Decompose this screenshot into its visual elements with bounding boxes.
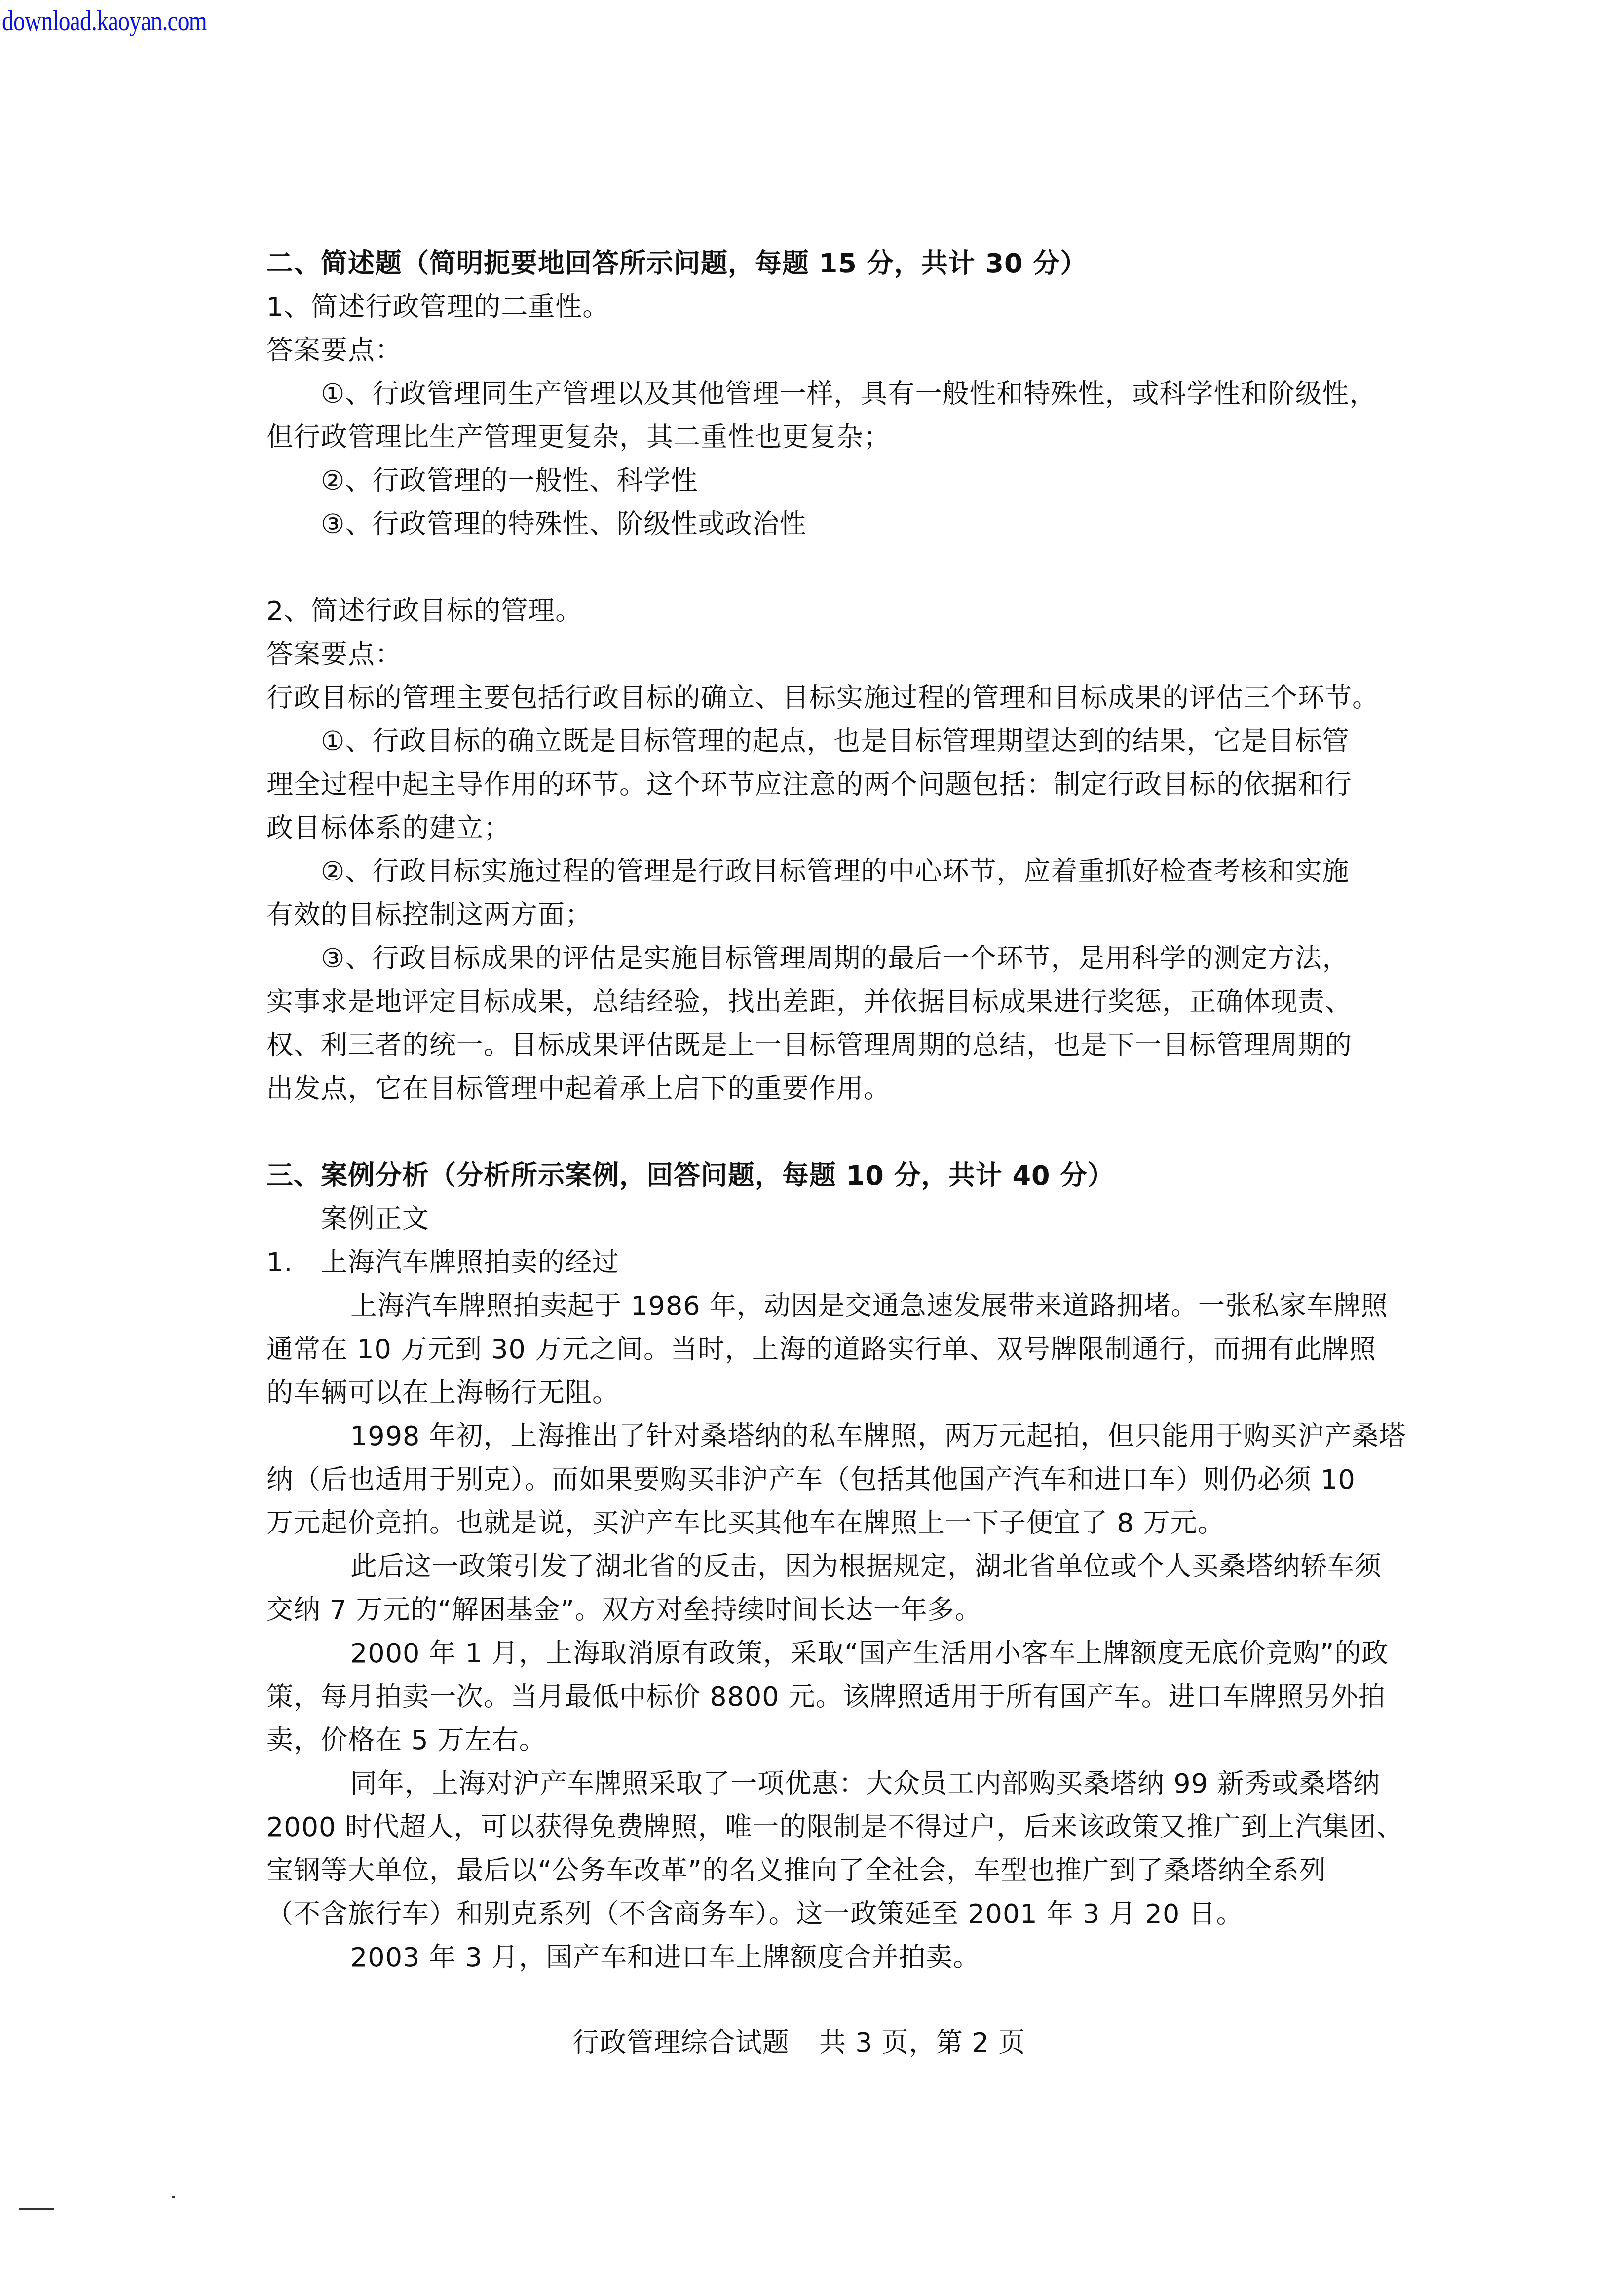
case-paragraph-line: （不含旅行车）和别克系列（不含商务车）。这一政策延至 2001 年 3 月 20… (266, 1892, 1471, 1936)
case-paragraph-line: 卖，价格在 5 万左右。 (266, 1719, 1471, 1762)
q2-title: 2、简述行政目标的管理。 (266, 589, 1471, 633)
case-paragraph-line: 策，每月拍卖一次。当月最低中标价 8800 元。该牌照适用于所有国产车。进口车牌… (266, 1675, 1471, 1719)
q1-title: 1、简述行政管理的二重性。 (266, 285, 1471, 329)
scan-artifact-line (19, 2208, 54, 2210)
exam-page: 二、简述题（简明扼要地回答所示问题，每题 15 分，共计 30 分） 1、简述行… (266, 242, 1471, 1979)
q1-point-1-cont: 但行政管理比生产管理更复杂，其二重性也更复杂； (266, 416, 1471, 459)
q2-point3-line: 权、利三者的统一。目标成果评估既是上一目标管理周期的总结，也是下一目标管理周期的 (266, 1024, 1471, 1067)
case-paragraph-line: 宝钢等大单位，最后以“公务车改革”的名义推向了全社会，车型也推广到了桑塔纳全系列 (266, 1849, 1471, 1892)
case1-title: 上海汽车牌照拍卖的经过 (321, 1247, 619, 1278)
q2-point3-line: ③、行政目标成果的评估是实施目标管理周期的最后一个环节，是用科学的测定方法， (266, 937, 1471, 980)
q2-point3-line: 出发点，它在目标管理中起着承上启下的重要作用。 (266, 1067, 1471, 1110)
case-paragraph-line: 2000 年 1 月，上海取消原有政策，采取“国产生活用小客车上牌额度无底价竞购… (266, 1632, 1471, 1675)
q2-point3-line: 实事求是地评定目标成果，总结经验，找出差距，并依据目标成果进行奖惩，正确体现责、 (266, 980, 1471, 1024)
case-paragraph-line: 万元起价竞拍。也就是说，买沪产车比买其他车在牌照上一下子便宜了 8 万元。 (266, 1501, 1471, 1545)
q2-point2-line: 有效的目标控制这两方面； (266, 893, 1471, 937)
q1-answer-label: 答案要点： (266, 329, 1471, 372)
q1-point-1: ①、行政管理同生产管理以及其他管理一样，具有一般性和特殊性，或科学性和阶级性， (266, 372, 1471, 416)
footer-title: 行政管理综合试题 (572, 2027, 790, 2058)
case-paragraph-line: 同年，上海对沪产车牌照采取了一项优惠：大众员工内部购买桑塔纳 99 新秀或桑塔纳 (266, 1762, 1471, 1805)
q1-point-2: ②、行政管理的一般性、科学性 (266, 459, 1471, 502)
footer-page-count: 共 3 页，第 2 页 (819, 2027, 1025, 2058)
case-paragraph-line: 的车辆可以在上海畅行无阻。 (266, 1371, 1471, 1415)
scan-artifact-dot (172, 2196, 175, 2198)
q2-point1-line: 理全过程中起主导作用的环节。这个环节应注意的两个问题包括：制定行政目标的依据和行 (266, 763, 1471, 806)
case-label: 案例正文 (266, 1197, 1471, 1241)
case-paragraph-line: 2003 年 3 月，国产车和进口车上牌额度合并拍卖。 (266, 1936, 1471, 1979)
case-paragraph-line: 2000 时代超人，可以获得免费牌照，唯一的限制是不得过户，后来该政策又推广到上… (266, 1805, 1471, 1849)
q2-intro: 行政目标的管理主要包括行政目标的确立、目标实施过程的管理和目标成果的评估三个环节… (266, 676, 1471, 720)
q2-point2-line: ②、行政目标实施过程的管理是行政目标管理的中心环节，应着重抓好检查考核和实施 (266, 850, 1471, 893)
q2-point1-line: ①、行政目标的确立既是目标管理的起点，也是目标管理期望达到的结果，它是目标管 (266, 720, 1471, 763)
case-paragraph-line: 通常在 10 万元到 30 万元之间。当时，上海的道路实行单、双号牌限制通行，而… (266, 1328, 1471, 1371)
q1-point-3: ③、行政管理的特殊性、阶级性或政治性 (266, 502, 1471, 546)
case-paragraph-line: 交纳 7 万元的“解困基金”。双方对垒持续时间长达一年多。 (266, 1588, 1471, 1632)
q2-point1-line: 政目标体系的建立； (266, 806, 1471, 850)
watermark-link[interactable]: download.kaoyan.com (2, 4, 207, 37)
q2-answer-label: 答案要点： (266, 633, 1471, 676)
section3-heading: 三、案例分析（分析所示案例，回答问题，每题 10 分，共计 40 分） (266, 1154, 1471, 1197)
case-paragraph-line: 此后这一政策引发了湖北省的反击，因为根据规定，湖北省单位或个人买桑塔纳轿车须 (266, 1545, 1471, 1588)
case1-title-row: 1.上海汽车牌照拍卖的经过 (266, 1241, 1471, 1284)
case1-number: 1. (266, 1241, 321, 1284)
page-footer: 行政管理综合试题共 3 页，第 2 页 (572, 2021, 1025, 2065)
case-paragraph-line: 1998 年初，上海推出了针对桑塔纳的私车牌照，两万元起拍，但只能用于购买沪产桑… (266, 1415, 1471, 1458)
case-paragraph-line: 纳（后也适用于别克）。而如果要购买非沪产车（包括其他国产汽车和进口车）则仍必须 … (266, 1458, 1471, 1501)
case-paragraph-line: 上海汽车牌照拍卖起于 1986 年，动因是交通急速发展带来道路拥堵。一张私家车牌… (266, 1284, 1471, 1328)
section2-heading: 二、简述题（简明扼要地回答所示问题，每题 15 分，共计 30 分） (266, 242, 1471, 285)
